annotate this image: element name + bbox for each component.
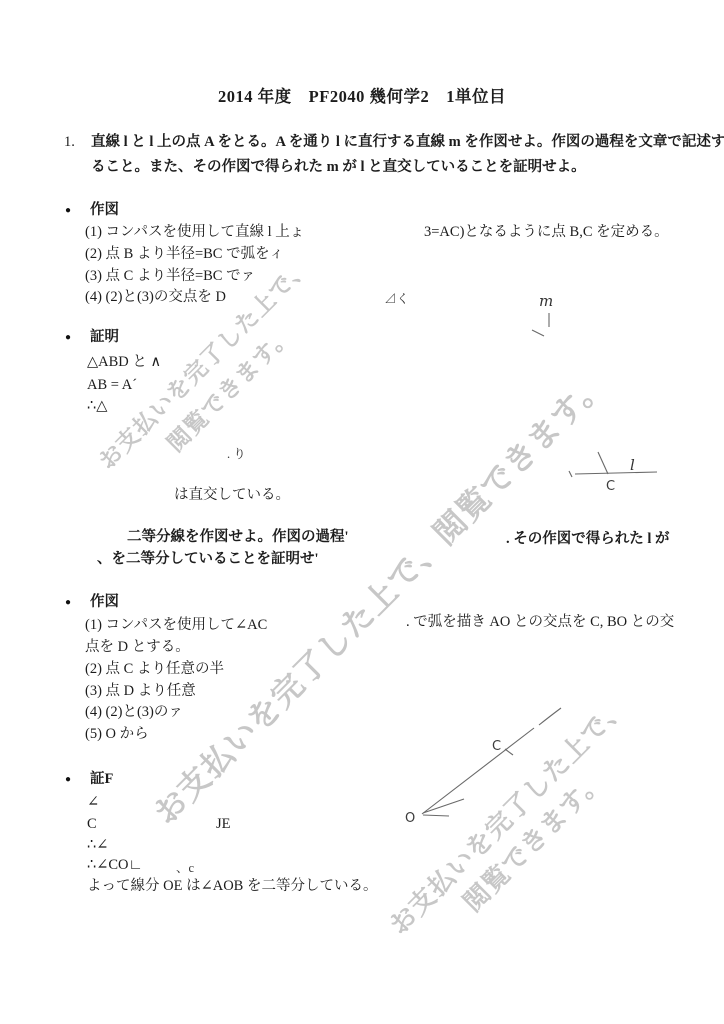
question2-line1-left: 二等分線を作図せよ。作図の過程' bbox=[127, 527, 349, 547]
construction2-header: 作図 bbox=[90, 592, 119, 612]
construction2-step2: (2) 点 C より任意の半 bbox=[85, 659, 224, 679]
question2-line1-right: . その作図で得られた l が bbox=[506, 529, 670, 549]
construction1-header: 作図 bbox=[90, 200, 119, 220]
bullet-icon: ● bbox=[65, 331, 71, 345]
proof1-fragment: . り bbox=[227, 444, 246, 464]
construction2-step1-right-fragment: . で弧を描き AO との交点を C, BO との交 bbox=[406, 612, 674, 632]
construction1-step1: (1) コンパスを使用して直線 l 上ょ bbox=[85, 222, 304, 242]
diagram2-left-tick bbox=[569, 471, 572, 477]
construction2-step1: (1) コンパスを使用して∠AC bbox=[85, 615, 267, 635]
diagram2-line-l bbox=[575, 472, 657, 474]
diagram2-label-l: l bbox=[630, 455, 635, 475]
proof2-line4-left: ∴∠CO∟ bbox=[87, 855, 143, 875]
construction1-step3: (3) 点 C より半径=BC でァ bbox=[85, 266, 255, 286]
question1-number: 1. bbox=[64, 132, 75, 152]
construction2-step3: (3) 点 D より任意 bbox=[85, 681, 196, 701]
proof1-line2: AB = A´ bbox=[87, 375, 137, 395]
construction2-step1-continuation: 点を D とする。 bbox=[85, 637, 190, 657]
construction2-step4: (4) (2)と(3)のァ bbox=[85, 702, 183, 722]
proof2-line2-left: C bbox=[87, 814, 97, 834]
proof2-header: 証F bbox=[90, 769, 113, 789]
proof2-line5: よって線分 OE は∠AOB を二等分している。 bbox=[87, 876, 377, 896]
construction1-stray-fragment: ⊿く bbox=[384, 289, 409, 309]
proof2-line4-right-fragment: 、c bbox=[176, 858, 194, 878]
bullet-icon: ● bbox=[65, 204, 71, 218]
diagram2-label-c: C bbox=[606, 477, 615, 497]
question2-line2: 、を二等分していることを証明せ' bbox=[97, 549, 319, 569]
page-title: 2014 年度 PF2040 幾何学2 1単位目 bbox=[0, 87, 724, 107]
diagram1-tick bbox=[532, 330, 544, 336]
diagram3-ray-oc-continuation bbox=[539, 708, 561, 725]
diagram3-horizontal-ray bbox=[423, 815, 449, 816]
question1-text-line2: ること。また、その作図で得られた m が l と直交していることを証明せよ。 bbox=[91, 157, 586, 177]
diagram3-label-o: O bbox=[405, 809, 415, 829]
diagram3-label-c: C bbox=[492, 737, 501, 757]
diagram3-tick-near-c bbox=[505, 749, 513, 755]
proof2-line3: ∴∠ bbox=[87, 835, 108, 855]
diagram3-ray-oc bbox=[422, 728, 534, 814]
bullet-icon: ● bbox=[65, 773, 71, 787]
construction1-step1-right-fragment: 3=AC)となるように点 B,C を定める。 bbox=[424, 222, 669, 242]
diagram3-short-ray bbox=[423, 799, 464, 813]
proof2-line2-right-fragment: JE bbox=[216, 814, 231, 834]
question1-text-line1: 直線 l と l 上の点 A をとる。A を通り l に直行する直線 m を作図… bbox=[91, 132, 724, 152]
proof2-line1: ∠ bbox=[87, 792, 99, 812]
construction2-step5: (5) O から bbox=[85, 724, 149, 744]
proof1-line1: △ABD と ∧ bbox=[87, 352, 161, 372]
bullet-icon: ● bbox=[65, 596, 71, 610]
proof1-line4: は直交している。 bbox=[174, 485, 290, 505]
diagram2-diagonal-tick bbox=[598, 452, 608, 474]
proof1-header: 証明 bbox=[90, 327, 119, 347]
diagram1-label-m: m bbox=[539, 291, 553, 311]
construction1-step4: (4) (2)と(3)の交点を D bbox=[85, 287, 226, 307]
construction1-step2: (2) 点 B より半径=BC で弧をィ bbox=[85, 244, 284, 264]
scanned-document-page: お支払いを完了した上で、 閲覧できます。 お支払いを完了した上で、閲覧できます。… bbox=[0, 0, 724, 1024]
proof1-line3: ∴△ bbox=[87, 396, 107, 416]
